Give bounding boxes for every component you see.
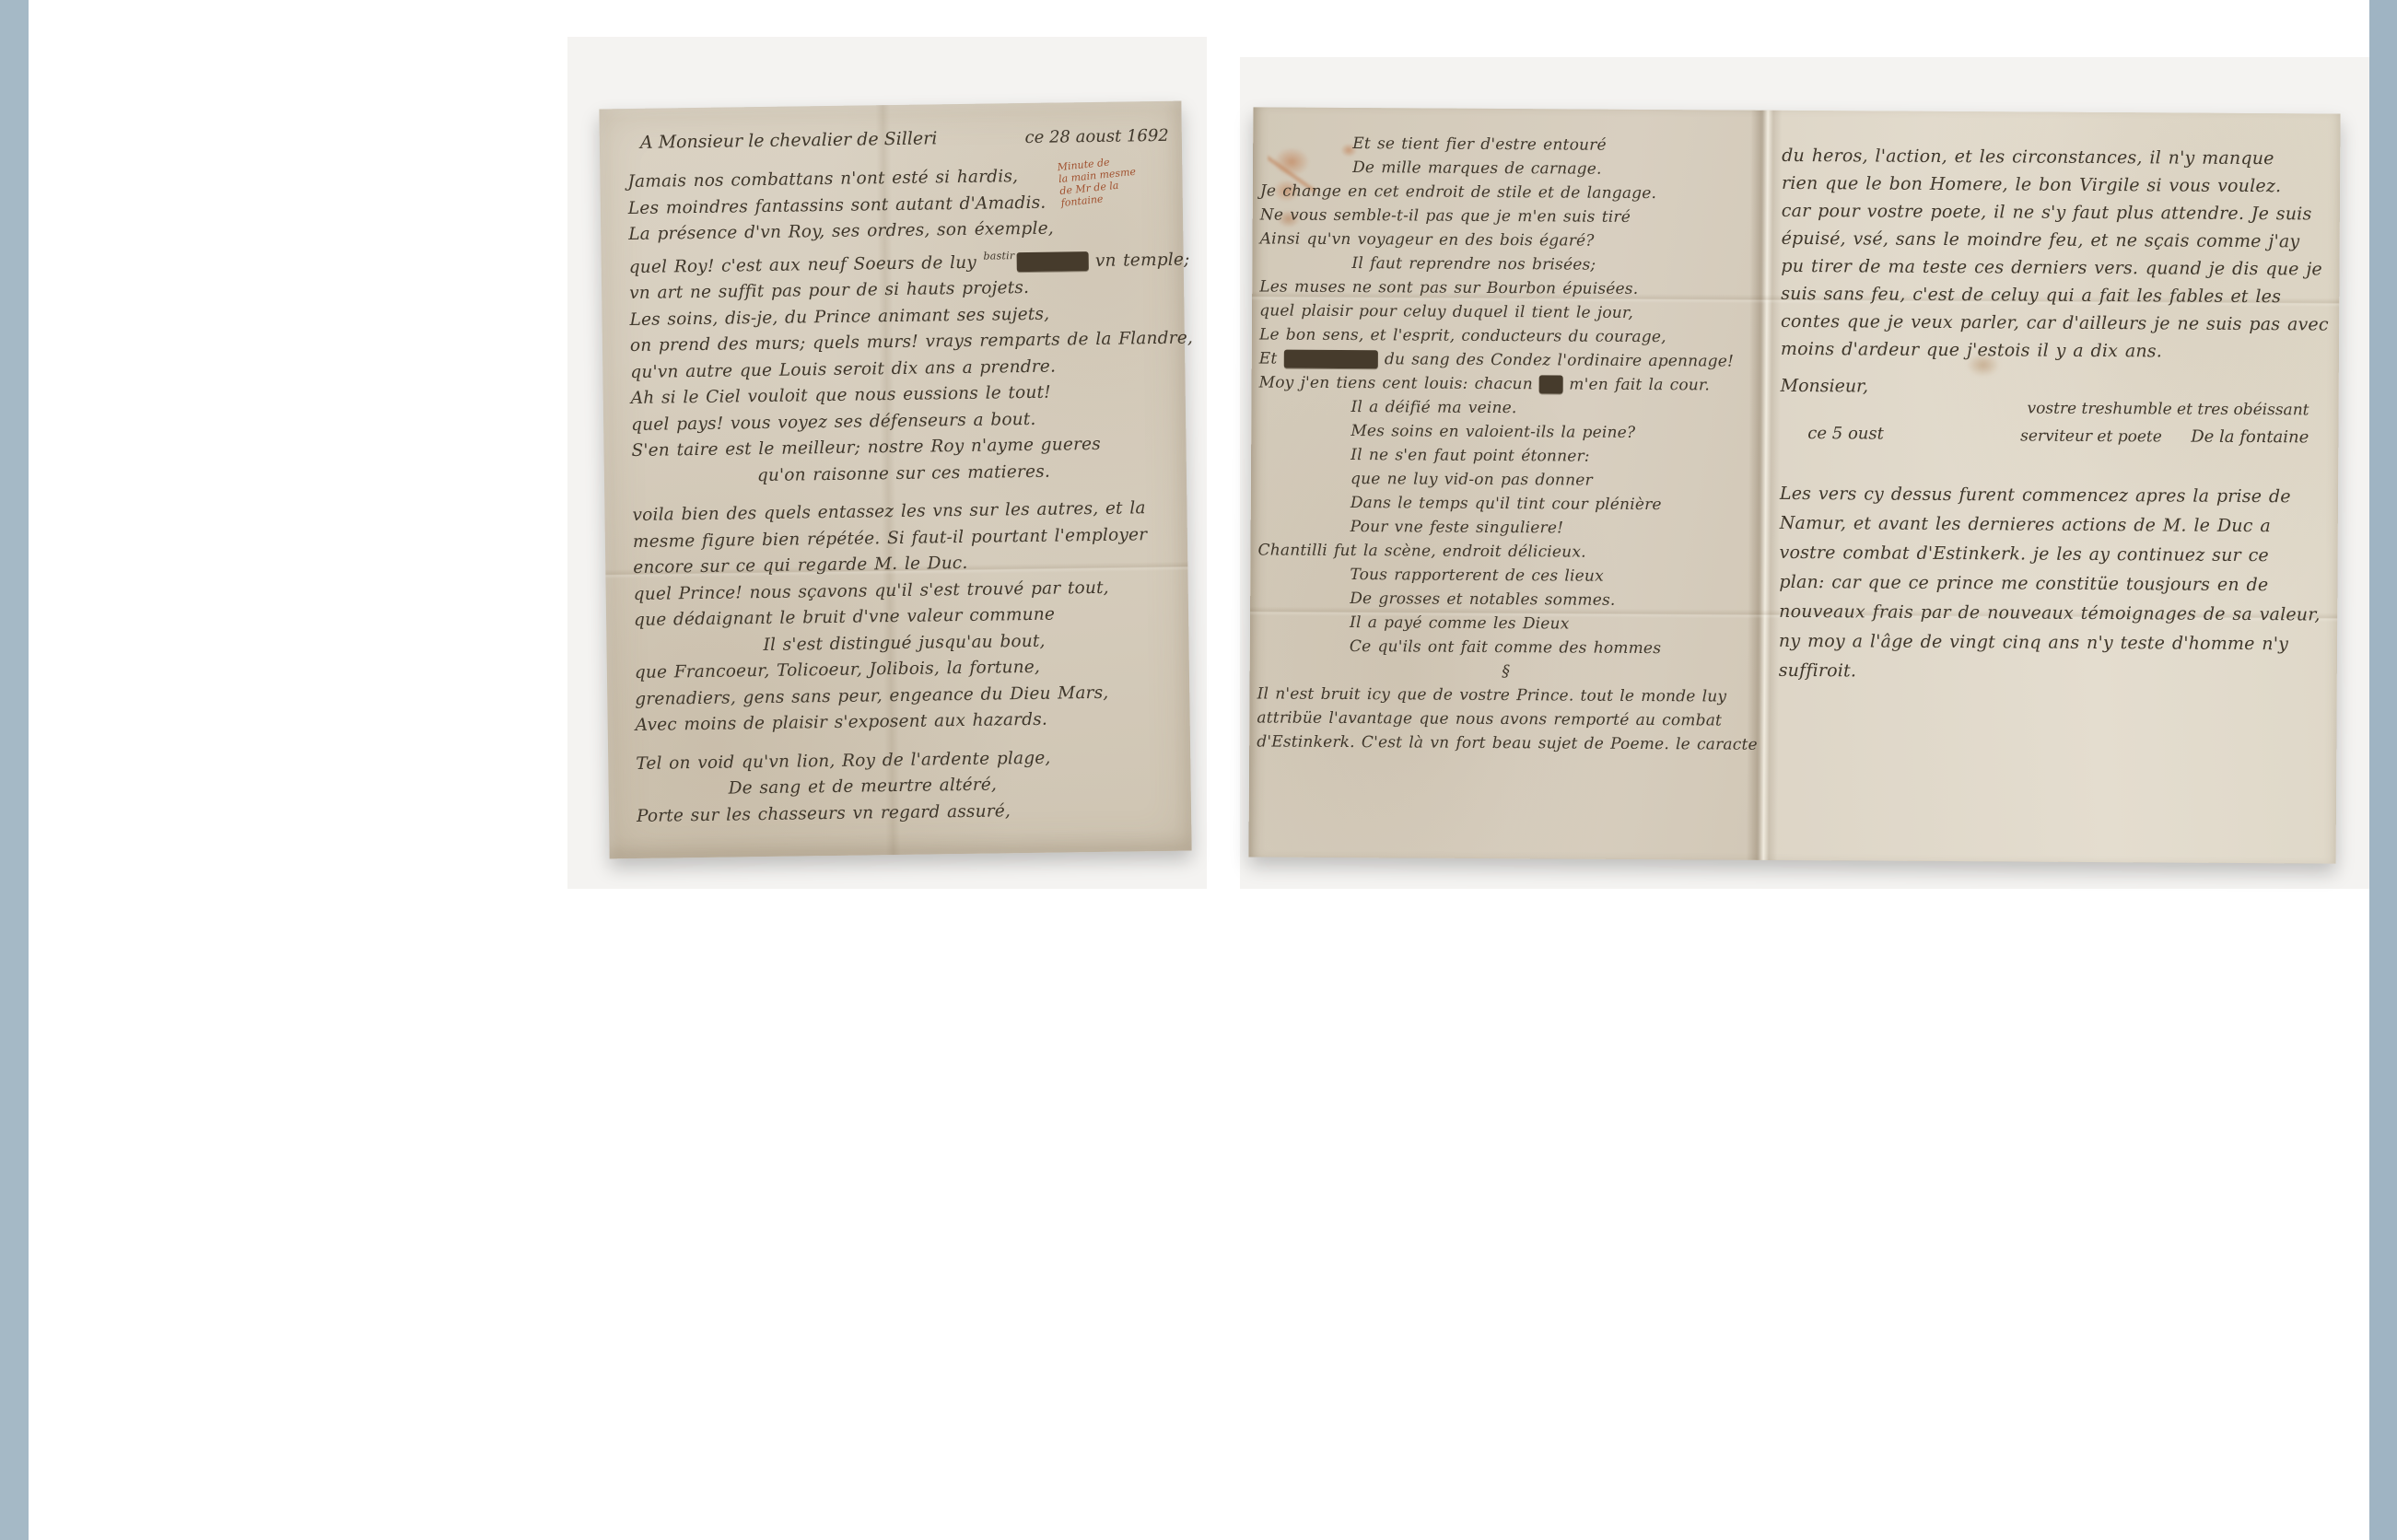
manuscript-line: quel plaisir pour celuy duquel il tient … — [1259, 298, 1757, 325]
manuscript-line: Il a payé comme les Dieux — [1350, 611, 1755, 637]
signature-block: vostre treshumble et tres obéissant serv… — [1780, 394, 2314, 462]
valediction-line-2: serviteur et poete — [2020, 426, 2162, 446]
manuscript-line: Pour vne feste singuliere! — [1351, 515, 1756, 542]
signature: De la fontaine — [2191, 427, 2309, 448]
right-margin-bar — [2369, 0, 2397, 1540]
manuscript-line: car pour vostre poete, il ne s'y faut pl… — [1782, 197, 2331, 228]
manuscript-line: Il faut reprendre nos brisées; — [1351, 251, 1757, 278]
manuscript-line: nouveaux frais par de nouveaux témoignag… — [1779, 597, 2328, 630]
valediction-line-1: vostre treshumble et tres obéissant — [2020, 395, 2309, 424]
manuscript-line: Ce qu'ils ont fait comme des hommes — [1350, 635, 1755, 661]
manuscript-line: plan: car que ce prince me constitüe tou… — [1779, 567, 2328, 601]
manuscript-line: pu tirer de ma teste ces derniers vers. … — [1781, 252, 2330, 284]
letter-address: A Monsieur le chevalier de Silleri — [640, 128, 938, 153]
letter-body-page-1: Jamais nos combattans n'ont esté si hard… — [627, 162, 1180, 830]
manuscript-line: De grosses et notables sommes. — [1350, 587, 1755, 613]
manuscript-line: § — [1257, 658, 1755, 684]
letter-date: ce 28 aoust 1692 — [1024, 126, 1169, 147]
manuscript-line: Et l'esclandre du sang des Condez l'ordi… — [1259, 346, 1757, 373]
left-margin-bar — [0, 0, 29, 1540]
manuscript-line: Le bon sens, et l'esprit, conducteurs du… — [1259, 322, 1757, 349]
manuscript-line: Il a déifié ma veine. — [1351, 395, 1756, 422]
manuscript-line: Je change en cet endroit de stile et de … — [1260, 179, 1758, 205]
manuscript-line: épuisé, vsé, sans le moindre feu, et ne … — [1782, 225, 2331, 256]
manuscript-line: Et se tient fier d'estre entouré — [1352, 132, 1758, 158]
manuscript-line: Il n'est bruit icy que de vostre Prince.… — [1257, 682, 1755, 708]
manuscript-page-1: A Monsieur le chevalier de Silleri ce 28… — [599, 101, 1191, 859]
manuscript-line: rien que le bon Homere, le bon Virgile s… — [1782, 169, 2331, 201]
manuscript-line: suis sans feu, c'est de celuy qui a fait… — [1781, 280, 2330, 311]
manuscript-spread: Et se tient fier d'estre entouréDe mille… — [1249, 107, 2341, 863]
manuscript-line: Les vers cy dessus furent commencez apre… — [1780, 479, 2329, 512]
manuscript-line: Les muses ne sont pas sur Bourbon épuisé… — [1259, 274, 1757, 301]
manuscript-line: Chantilli fut la scène, endroit délicieu… — [1257, 538, 1755, 565]
manuscript-line: Ainsi qu'vn voyageur en des bois égaré? — [1260, 227, 1758, 253]
letter-header: A Monsieur le chevalier de Silleri ce 28… — [599, 101, 1182, 154]
manuscript-line: ny moy a l'âge de vingt cinq ans n'y tes… — [1779, 626, 2328, 659]
postscript: Les vers cy dessus furent commencez apre… — [1779, 479, 2329, 689]
manuscript-line: contes que je veux parler, car d'ailleur… — [1781, 308, 2330, 339]
manuscript-line: Ne vous semble-t-il pas que je m'en suis… — [1260, 203, 1758, 229]
manuscript-line: Il ne s'en faut point étonner: — [1351, 443, 1756, 470]
letter-body-page-3: du heros, l'action, et les circonstances… — [1781, 142, 2331, 367]
manuscript-line: suffiroit. — [1779, 656, 2328, 689]
letter-body-page-2: Et se tient fier d'estre entouréDe mille… — [1257, 131, 1758, 756]
manuscript-line: d'Estinkerk. C'est là vn fort beau sujet… — [1257, 729, 1754, 756]
right-manuscript-photo: Et se tient fier d'estre entouréDe mille… — [1240, 57, 2369, 889]
manuscript-line: attribüe l'avantage que nous avons rempo… — [1257, 706, 1754, 732]
page-background: A Monsieur le chevalier de Silleri ce 28… — [0, 0, 2397, 1540]
manuscript-line: moins d'ardeur que j'estois il y a dix a… — [1781, 335, 2330, 367]
manuscript-line: Namur, et avant les dernieres actions de… — [1780, 508, 2329, 542]
manuscript-line: du heros, l'action, et les circonstances… — [1782, 142, 2331, 173]
manuscript-line: Porte sur les chasseurs vn regard assuré… — [637, 796, 1180, 830]
closing-date: ce 5 oust — [1807, 424, 1884, 444]
manuscript-line: vostre combat d'Estinkerk. je les ay con… — [1779, 538, 2328, 571]
manuscript-line: Mes soins en valoient-ils la peine? — [1351, 419, 1756, 446]
manuscript-line: Tous rapporterent de ces lieux — [1350, 563, 1755, 589]
manuscript-line: que ne luy vid-on pas donner — [1351, 467, 1756, 494]
left-manuscript-photo: A Monsieur le chevalier de Silleri ce 28… — [567, 37, 1207, 889]
manuscript-line: Moy j'en tiens cent louis: chacun se m'e… — [1259, 370, 1757, 397]
letter-page-3: du heros, l'action, et les circonstances… — [1767, 111, 2335, 864]
manuscript-line: De mille marques de carnage. — [1352, 156, 1758, 182]
manuscript-line: Dans le temps qu'il tint cour plénière — [1351, 491, 1756, 518]
